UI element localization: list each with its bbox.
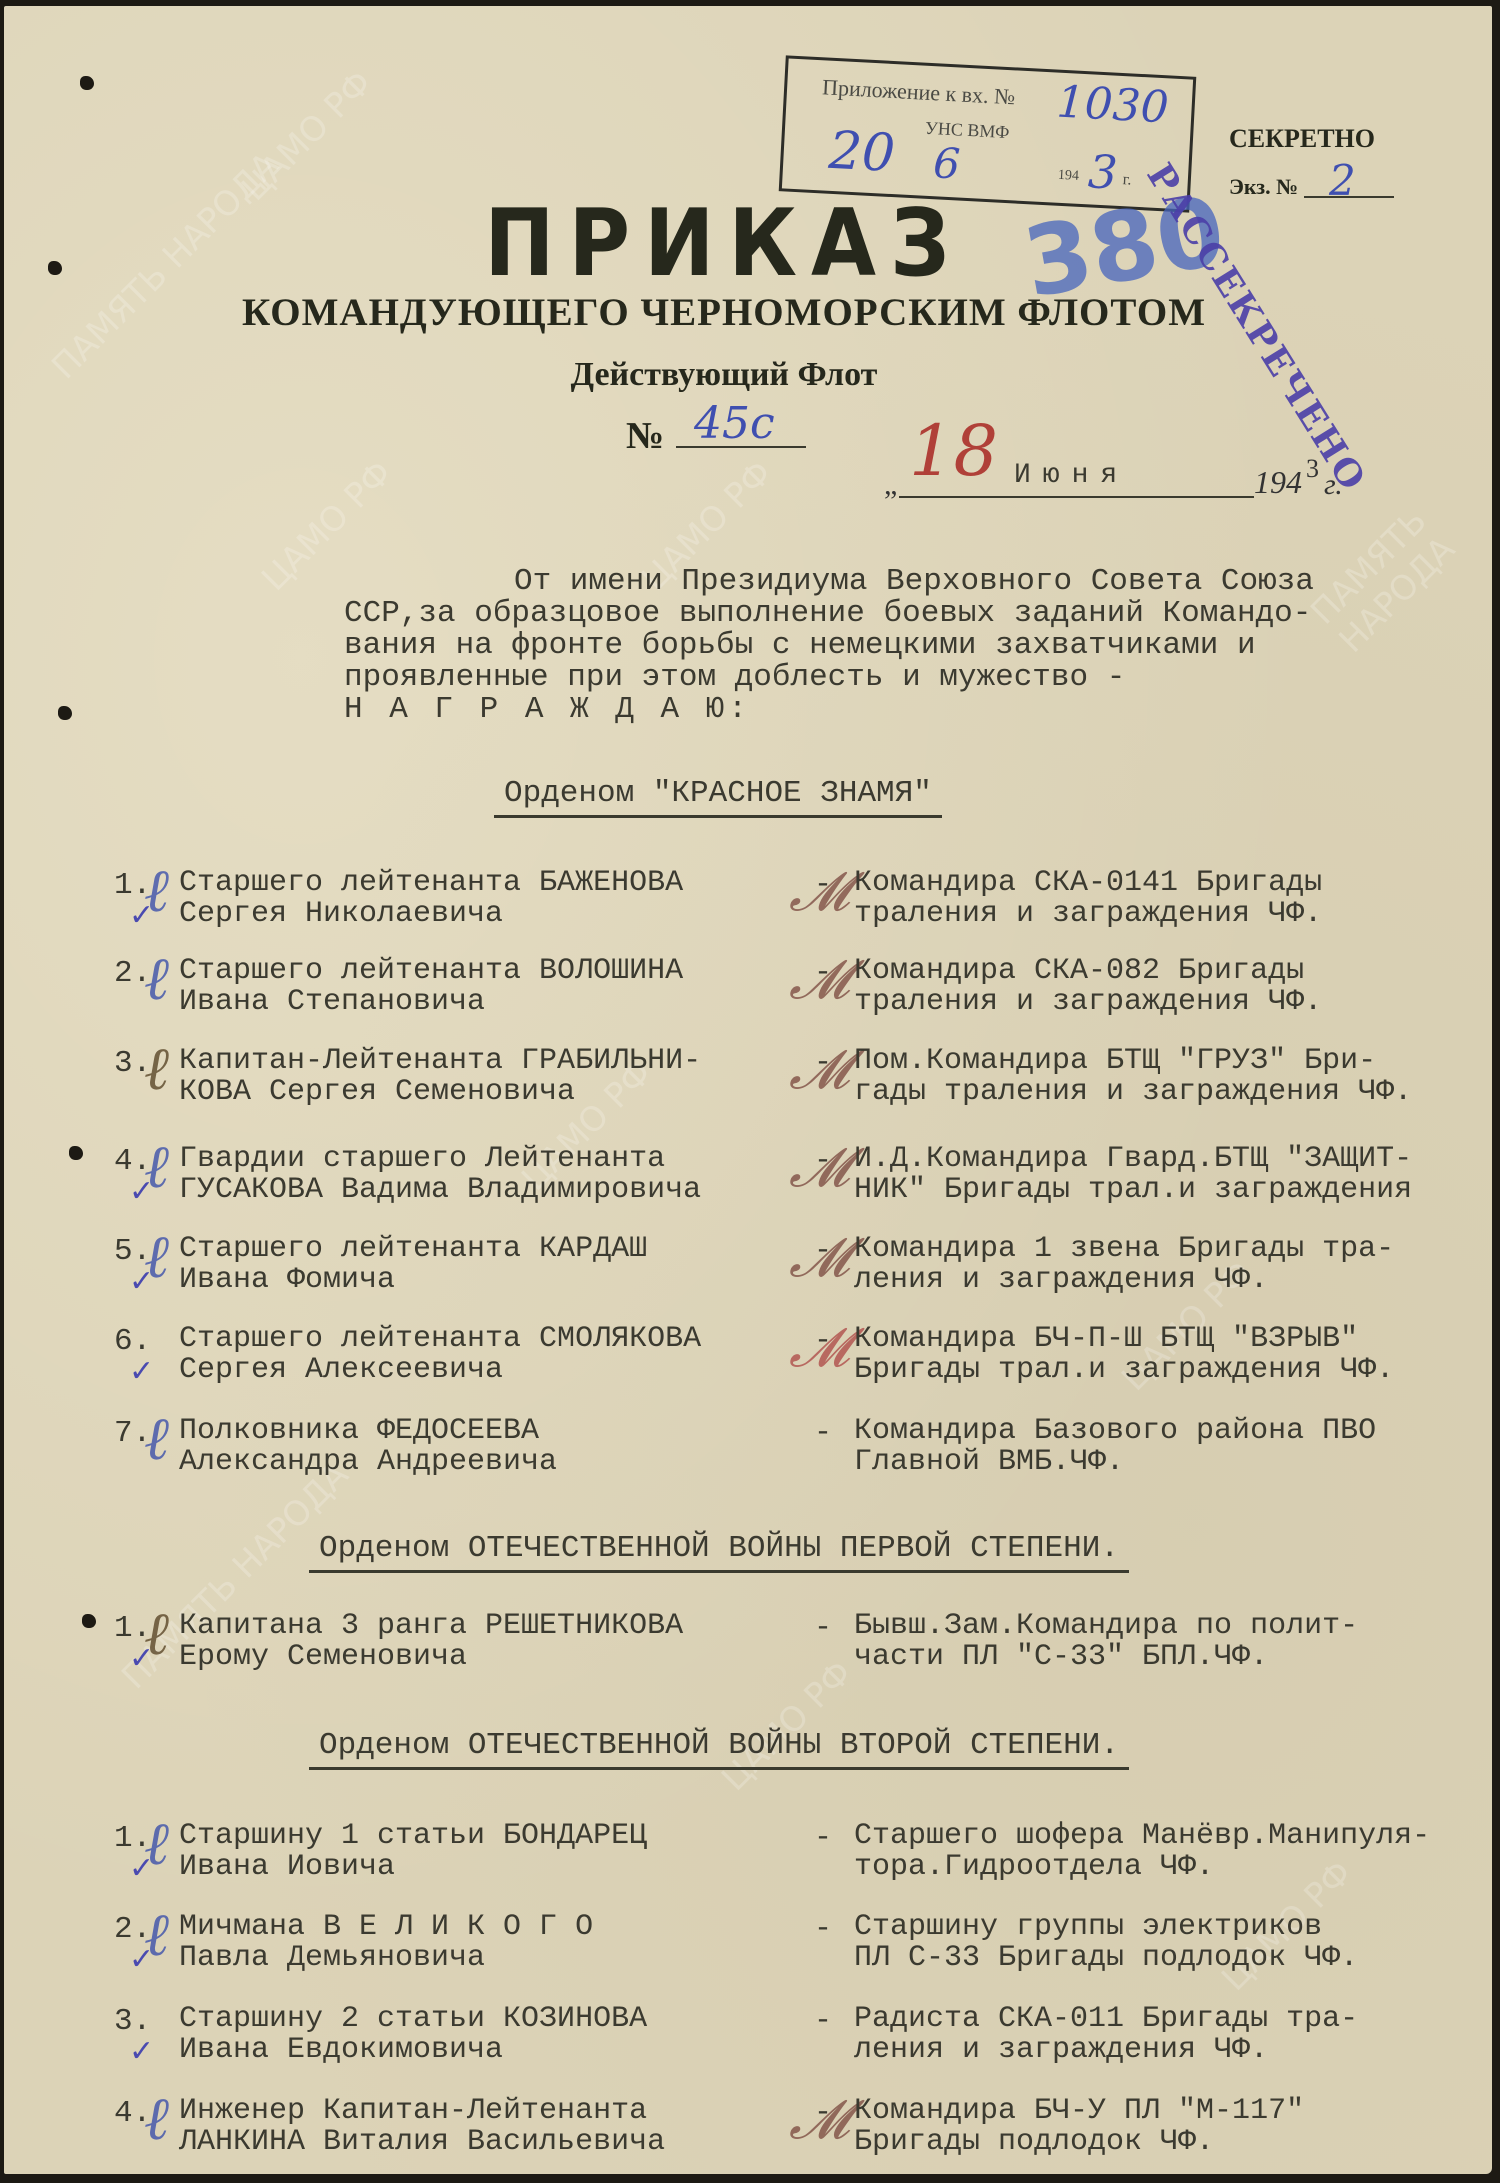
date-month: Июня: [1014, 460, 1129, 491]
entry-position: Старшего шофера Манёвр.Манипуля-тора.Гид…: [854, 1821, 1430, 1883]
entry-dash: -: [814, 1144, 832, 1178]
date-open-quote: „: [884, 468, 897, 502]
entry-name: Гвардии старшего ЛейтенантаГУСАКОВА Вади…: [179, 1144, 701, 1206]
section-heading-patriotic-war-2: Орденом ОТЕЧЕСТВЕННОЙ ВОЙНЫ ВТОРОЙ СТЕПЕ…: [309, 1728, 1129, 1770]
checkmark-icon: ✓: [129, 1264, 154, 1299]
entry-name: Старшину 2 статьи КОЗИНОВАИвана Евдокимо…: [179, 2004, 647, 2066]
date-day: 18: [909, 410, 998, 492]
entry-name: Инженер Капитан-ЛейтенантаЛАНКИНА Витали…: [179, 2096, 665, 2158]
entry-number: 1.: [114, 868, 174, 903]
checkmark-icon: ✓: [129, 1851, 154, 1886]
entry-number: 3.: [114, 2004, 174, 2039]
checkmark-icon: ✓: [129, 1942, 154, 1977]
preamble-award-verb: Н А Г Р А Ж Д А Ю:: [344, 692, 751, 727]
order-number: 45с: [694, 398, 775, 449]
entry-name: Полковника ФЕДОСЕЕВААлександра Андреевич…: [179, 1416, 557, 1478]
entry-number: 6.: [114, 1324, 174, 1359]
entry-name: Старшего лейтенанта БАЖЕНОВАСергея Никол…: [179, 868, 683, 930]
entry-dash: -: [814, 2004, 832, 2038]
checkmark-icon: ✓: [129, 2034, 154, 2069]
punch-hole: [80, 76, 94, 90]
entry-position: Командира БЧ-У ПЛ "М-117"Бригады подлодо…: [854, 2096, 1304, 2158]
entry-number: 1.: [114, 1821, 174, 1856]
punch-hole: [82, 1614, 96, 1628]
entry-position: Пом.Командира БТЩ "ГРУЗ" Бри-гады трален…: [854, 1046, 1412, 1108]
stamp-attachment-label: Приложение к вх. №: [822, 74, 1016, 110]
date-line: [899, 496, 1254, 498]
date-year-prefix: 194: [1254, 464, 1302, 501]
entry-position: Старшину группы электриковПЛ С-33 Бригад…: [854, 1912, 1358, 1974]
section-heading-red-banner: Орденом "КРАСНОЕ ЗНАМЯ": [494, 776, 942, 818]
entry-dash: -: [814, 2096, 832, 2130]
stamp-day: 20: [827, 121, 896, 184]
entry-number: 5.: [114, 1234, 174, 1269]
entry-number: 1.: [114, 1611, 174, 1646]
entry-position: Командира Базового района ПВОГлавной ВМБ…: [854, 1416, 1376, 1478]
entry-position: Бывш.Зам.Командира по полит-части ПЛ "С-…: [854, 1611, 1358, 1673]
entry-dash: -: [814, 1912, 832, 1946]
entry-name: Старшину 1 статьи БОНДАРЕЦИвана Иовича: [179, 1821, 647, 1883]
entry-position: Командира 1 звена Бригады тра-ления и за…: [854, 1234, 1394, 1296]
stamp-year-suffix: г.: [1122, 171, 1132, 189]
entry-number: 2.: [114, 956, 174, 991]
entry-dash: -: [814, 1821, 832, 1855]
punch-hole: [69, 1146, 83, 1160]
watermark: ЦАМО РФ: [234, 63, 380, 209]
entry-dash: -: [814, 1046, 832, 1080]
entry-dash: -: [814, 956, 832, 990]
entry-name: Старшего лейтенанта СМОЛЯКОВАСергея Алек…: [179, 1324, 701, 1386]
entry-position: И.Д.Командира Гвард.БТЩ "ЗАЩИТ-НИК" Бриг…: [854, 1144, 1412, 1206]
entry-position: Командира СКА-0141 Бригадытраления и заг…: [854, 868, 1322, 930]
stamp-attachment-number: 1030: [1055, 77, 1170, 134]
page-title: ПРИКАЗ: [4, 189, 1444, 297]
fleet-label: Действующий Флот: [4, 356, 1444, 394]
entry-number: 4.: [114, 1144, 174, 1179]
entry-name: Старшего лейтенанта КАРДАШИвана Фомича: [179, 1234, 647, 1296]
entry-dash: -: [814, 1324, 832, 1358]
entry-name: Мичмана В Е Л И К О Г ОПавла Демьяновича: [179, 1912, 593, 1974]
entry-position: Командира СКА-082 Бригадытраления и загр…: [854, 956, 1322, 1018]
checkmark-icon: ✓: [129, 1174, 154, 1209]
checkmark-icon: ✓: [129, 898, 154, 933]
stamp-month: 6: [932, 138, 961, 188]
entry-number: 2.: [114, 1912, 174, 1947]
entry-number: 7.: [114, 1416, 174, 1451]
entry-dash: -: [814, 1234, 832, 1268]
entry-position: Радиста СКА-011 Бригады тра-ления и загр…: [854, 2004, 1358, 2066]
date-year-suffix: 3: [1306, 454, 1319, 484]
order-number-label: №: [626, 414, 664, 458]
entry-name: Капитан-Лейтенанта ГРАБИЛЬНИ-КОВА Сергея…: [179, 1046, 701, 1108]
preamble-line: ССР,за образцовое выполнение боевых зада…: [344, 596, 1311, 631]
entry-dash: -: [814, 1416, 832, 1450]
punch-hole: [58, 706, 72, 720]
preamble-line: От имени Президиума Верховного Совета Со…: [514, 564, 1314, 599]
entry-name: Старшего лейтенанта ВОЛОШИНАИвана Степан…: [179, 956, 683, 1018]
section-heading-patriotic-war-1: Орденом ОТЕЧЕСТВЕННОЙ ВОЙНЫ ПЕРВОЙ СТЕПЕ…: [309, 1531, 1129, 1573]
entry-number: 3.: [114, 1046, 174, 1081]
entry-dash: -: [814, 1611, 832, 1645]
watermark: ЦАМО РФ: [714, 1653, 860, 1799]
stamp-year-prefix: 194: [1057, 168, 1079, 185]
date-g: г.: [1324, 468, 1343, 502]
preamble-line: вания на фронте борьбы с немецкими захва…: [344, 628, 1256, 663]
watermark: ЦАМО РФ: [254, 453, 400, 599]
checkmark-icon: ✓: [129, 1641, 154, 1676]
preamble-line: проявленные при этом доблесть и мужество…: [344, 660, 1125, 695]
entry-position: Командира БЧ-П-Ш БТЩ "ВЗРЫВ"Бригады трал…: [854, 1324, 1394, 1386]
document-page: ЦАМО РФ ПАМЯТЬ НАРОДА ЦАМО РФ ЦАМО РФ ПА…: [4, 6, 1492, 2174]
classification-label: СЕКРЕТНО: [1229, 124, 1375, 154]
entry-number: 4.: [114, 2096, 174, 2131]
page-subtitle: КОМАНДУЮЩЕГО ЧЕРНОМОРСКИМ ФЛОТОМ: [4, 290, 1444, 335]
entry-name: Капитана 3 ранга РЕШЕТНИКОВАЕрому Семено…: [179, 1611, 683, 1673]
entry-dash: -: [814, 868, 832, 902]
checkmark-icon: ✓: [129, 1354, 154, 1389]
